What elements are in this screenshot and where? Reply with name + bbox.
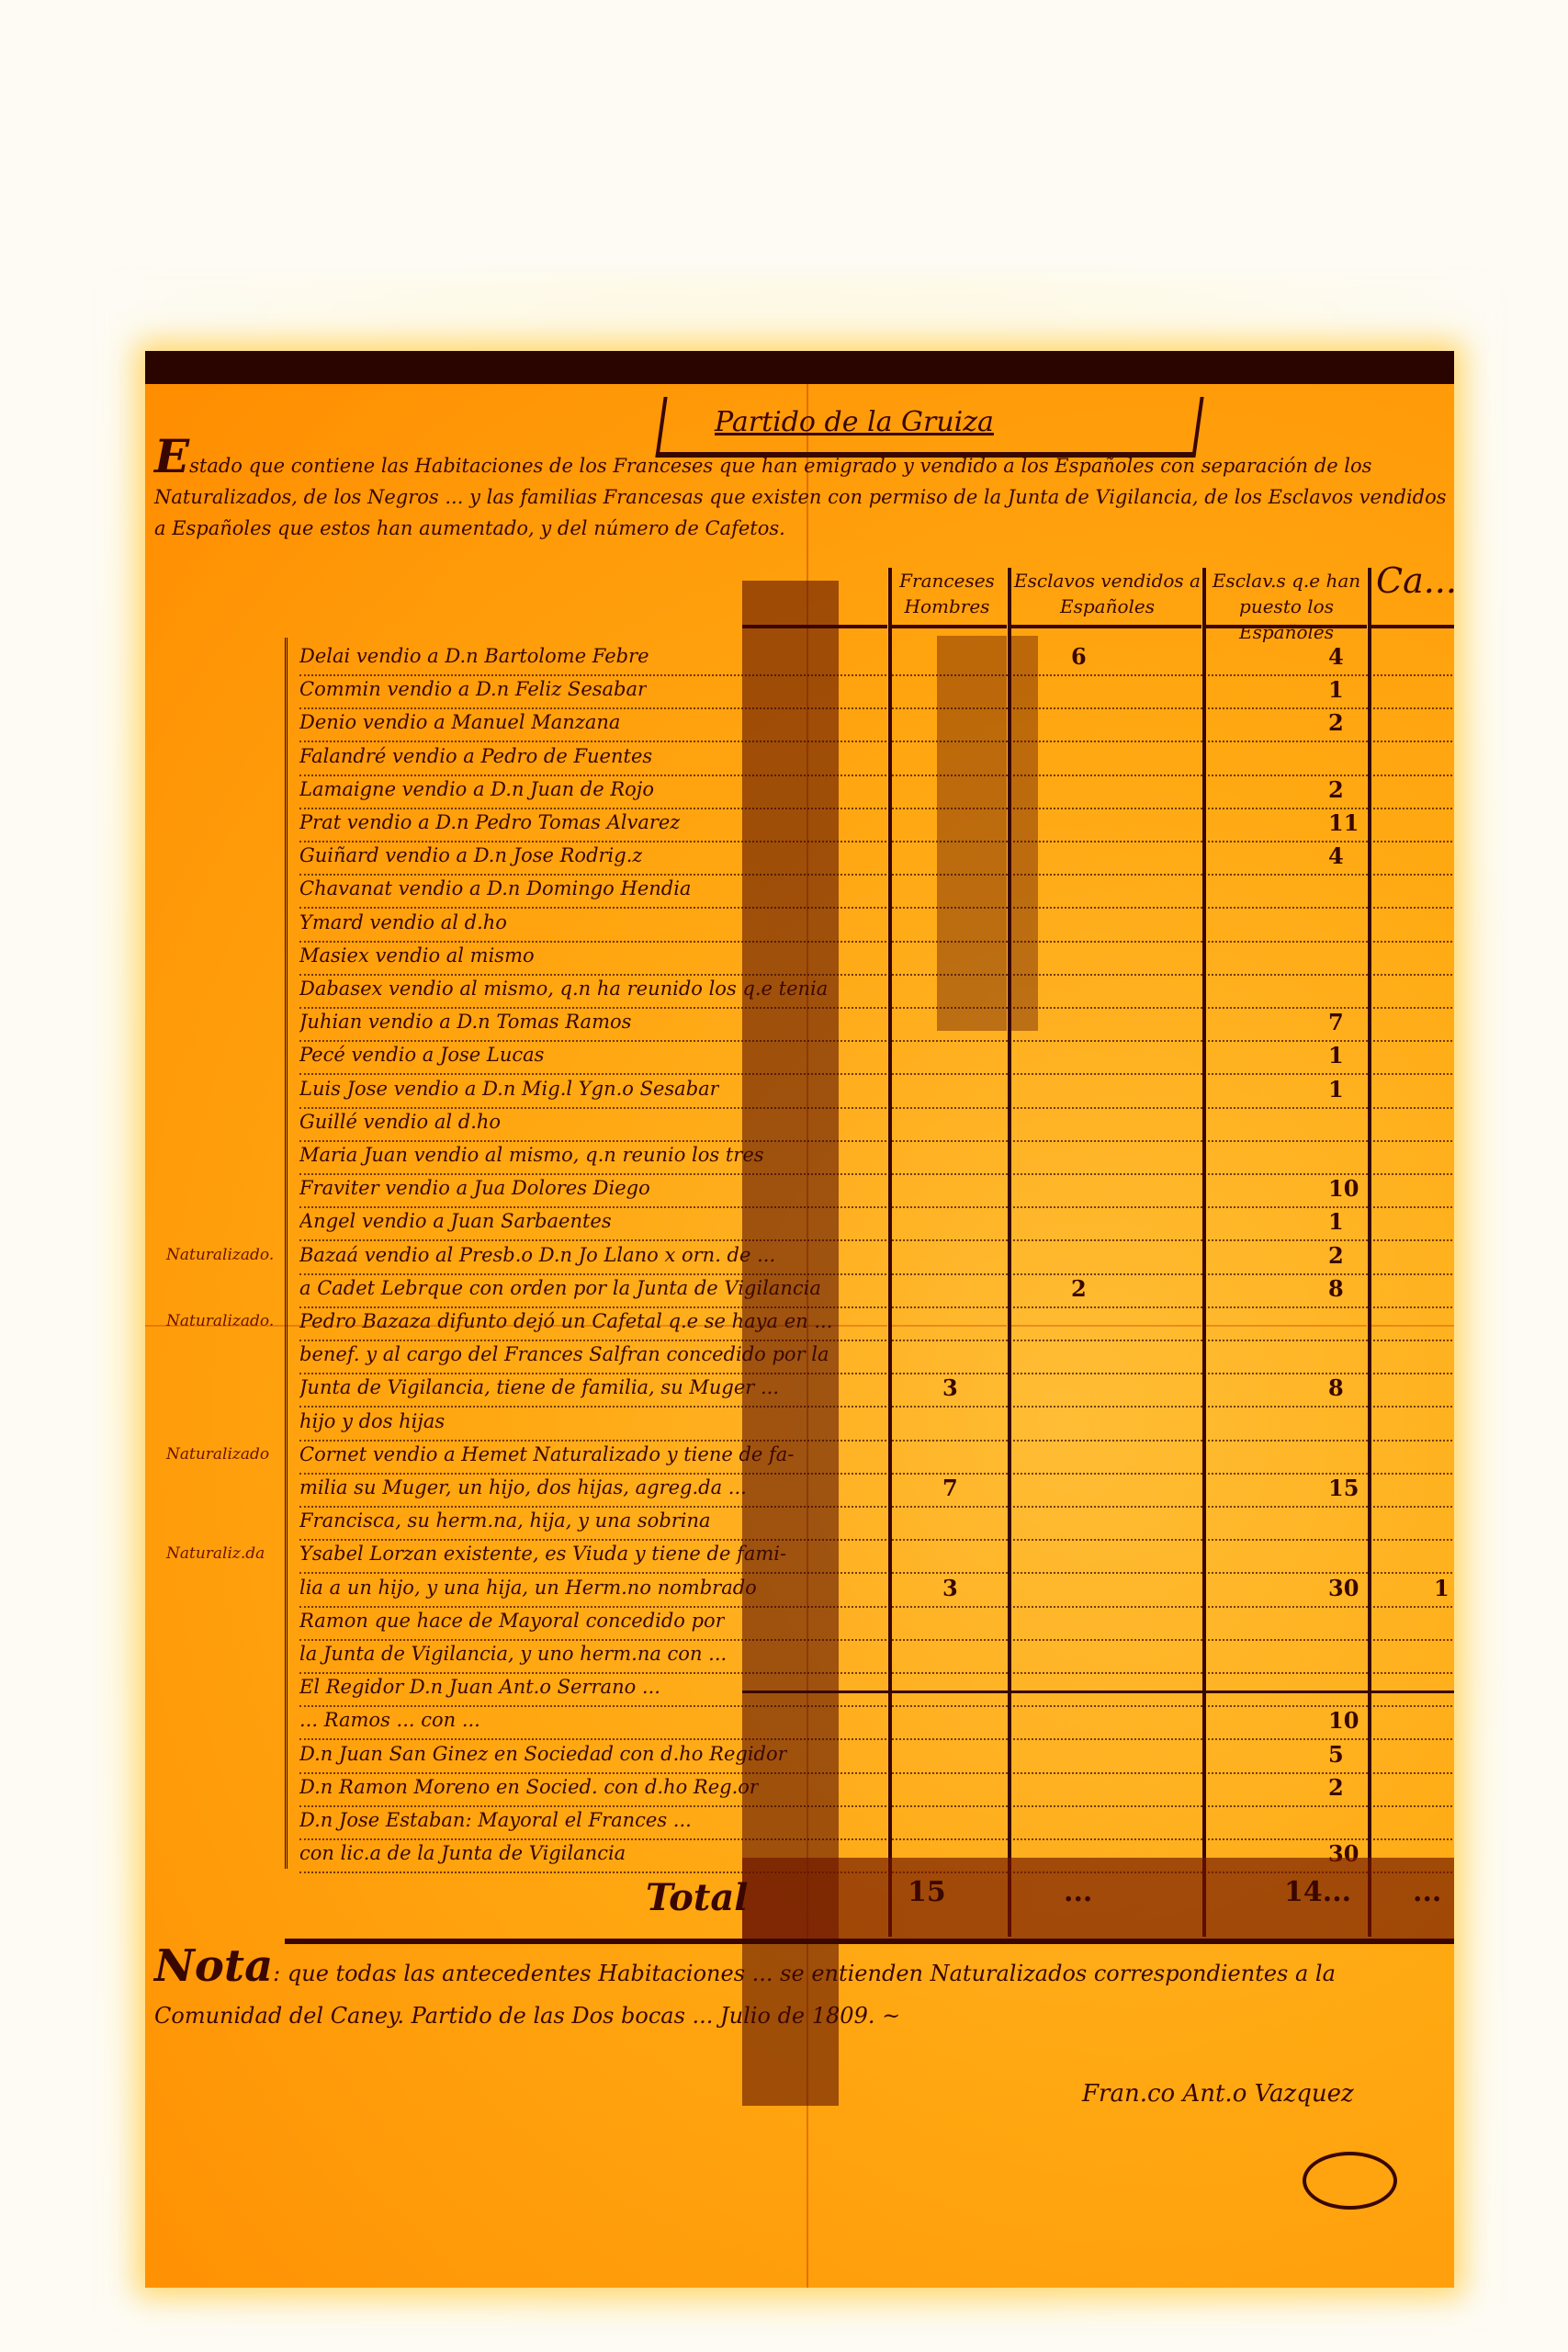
table-row: Guillé vendio al d.ho <box>299 1109 1452 1142</box>
row-description: benef. y al cargo del Frances Salfran co… <box>299 1343 829 1365</box>
cell-c3: 2 <box>1328 776 1344 803</box>
row-description: Delai vendio a D.n Bartolome Febre <box>299 645 649 667</box>
table-row: Junta de Vigilancia, tiene de familia, s… <box>299 1374 1452 1408</box>
row-description: Pedro Bazaza difunto dejó un Cafetal q.e… <box>299 1310 832 1332</box>
row-description: D.n Ramon Moreno en Socied. con d.ho Reg… <box>299 1776 759 1798</box>
table-row: Naturalizado.Pedro Bazaza difunto dejó u… <box>299 1308 1452 1341</box>
cell-c3: 2 <box>1328 709 1344 736</box>
row-description: lia a un hijo, y una hija, un Herm.no no… <box>299 1577 757 1599</box>
row-description: El Regidor D.n Juan Ant.o Serrano ... <box>299 1676 660 1698</box>
document-heading: Estado que contiene las Habitaciones de … <box>154 438 1450 544</box>
row-description: milia su Muger, un hijo, dos hijas, agre… <box>299 1476 747 1498</box>
naturalizado-margin-note: Naturaliz.da <box>166 1544 265 1563</box>
table-row: Angel vendio a Juan Sarbaentes1 <box>299 1208 1452 1241</box>
district-title: Partido de la Gruiza <box>715 406 994 438</box>
naturalizado-margin-note: Naturalizado. <box>166 1312 274 1330</box>
cell-c1: 3 <box>942 1575 958 1601</box>
row-description: la Junta de Vigilancia, y uno herm.na co… <box>299 1643 727 1665</box>
cell-c3: 10 <box>1328 1175 1359 1202</box>
table-row: Luis Jose vendio a D.n Mig.l Ygn.o Sesab… <box>299 1076 1452 1109</box>
row-description: Dabasex vendio al mismo, q.n ha reunido … <box>299 978 828 1000</box>
table-row: la Junta de Vigilancia, y uno herm.na co… <box>299 1641 1452 1674</box>
total-label: Total <box>646 1876 748 1919</box>
table-row: hijo y dos hijas <box>299 1408 1452 1442</box>
row-description: Masiex vendio al mismo <box>299 944 535 967</box>
row-description: Ymard vendio al d.ho <box>299 911 507 933</box>
column-header-esclavos-vendidos: Esclavos vendidos a Españoles <box>1013 568 1201 619</box>
top-dark-edge <box>145 351 1454 384</box>
signature: Fran.co Ant.o Vazquez <box>1082 2078 1354 2109</box>
row-description: ... Ramos ... con ... <box>299 1709 480 1731</box>
column-header-cafetos: Ca... <box>1376 568 1454 594</box>
manuscript-page: Partido de la Gruiza Estado que contiene… <box>145 351 1454 2288</box>
cell-c2: 6 <box>1071 643 1087 670</box>
cell-c3: 1 <box>1328 1076 1344 1102</box>
row-description: Falandré vendio a Pedro de Fuentes <box>299 745 652 767</box>
cell-c4: 1 <box>1434 1575 1450 1601</box>
header-rule <box>742 625 1454 628</box>
table-row: Delai vendio a D.n Bartolome Febre64 <box>299 643 1452 676</box>
table-row: Prat vendio a D.n Pedro Tomas Alvarez11 <box>299 809 1452 842</box>
row-description: Commin vendio a D.n Feliz Sesabar <box>299 678 647 700</box>
cell-c3: 1 <box>1328 1208 1344 1235</box>
cell-c3: 4 <box>1328 643 1344 670</box>
table-row: Masiex vendio al mismo <box>299 943 1452 976</box>
cell-c3: 8 <box>1328 1374 1344 1401</box>
cell-c3: 11 <box>1328 809 1359 836</box>
table-row: Naturaliz.daYsabel Lorzan existente, es … <box>299 1541 1452 1574</box>
row-description: hijo y dos hijas <box>299 1410 445 1432</box>
row-description: Guiñard vendio a D.n Jose Rodrig.z <box>299 844 642 866</box>
row-description: a Cadet Lebrque con orden por la Junta d… <box>299 1277 821 1299</box>
row-description: Chavanat vendio a D.n Domingo Hendia <box>299 877 691 899</box>
row-description: Fraviter vendio a Jua Dolores Diego <box>299 1177 650 1199</box>
row-description: Ysabel Lorzan existente, es Viuda y tien… <box>299 1543 786 1565</box>
row-description: Juhian vendio a D.n Tomas Ramos <box>299 1011 631 1033</box>
naturalizado-margin-note: Naturalizado <box>166 1445 269 1464</box>
cell-c3: 15 <box>1328 1475 1359 1501</box>
table-row: Pecé vendio a Jose Lucas1 <box>299 1042 1452 1075</box>
column-header-franceses: Franceses Hombres <box>887 568 1007 619</box>
table-row: benef. y al cargo del Frances Salfran co… <box>299 1341 1452 1374</box>
table-bottom-rule <box>285 1939 1454 1944</box>
note-paragraph: Nota: que todas las antecedentes Habitac… <box>154 1945 1450 2037</box>
table-row: NaturalizadoCornet vendio a Hemet Natura… <box>299 1442 1452 1475</box>
row-description: Bazaá vendio al Presb.o D.n Jo Llano x o… <box>299 1244 775 1266</box>
table-row: Falandré vendio a Pedro de Fuentes <box>299 743 1452 776</box>
table-row: Guiñard vendio a D.n Jose Rodrig.z4 <box>299 842 1452 876</box>
table-row: D.n Juan San Ginez en Sociedad con d.ho … <box>299 1741 1452 1774</box>
row-description: Ramon que hace de Mayoral concedido por <box>299 1610 725 1632</box>
table-row: ... Ramos ... con ...10 <box>299 1707 1452 1740</box>
note-text: : que todas las antecedentes Habitacione… <box>154 1961 1336 2029</box>
table-row: Dabasex vendio al mismo, q.n ha reunido … <box>299 976 1452 1009</box>
row-description: Junta de Vigilancia, tiene de familia, s… <box>299 1376 779 1398</box>
row-description: Francisca, su herm.na, hija, y una sobri… <box>299 1510 711 1532</box>
table-row: Commin vendio a D.n Feliz Sesabar1 <box>299 676 1452 709</box>
row-description: Angel vendio a Juan Sarbaentes <box>299 1210 612 1232</box>
table-row: Ramon que hace de Mayoral concedido por <box>299 1608 1452 1641</box>
total-esclavos-vendidos: ... <box>1064 1876 1092 1908</box>
cell-c1: 7 <box>942 1475 958 1501</box>
cell-c1: 3 <box>942 1374 958 1401</box>
table-row: Maria Juan vendio al mismo, q.n reunio l… <box>299 1142 1452 1175</box>
table-row: Naturalizado.Bazaá vendio al Presb.o D.n… <box>299 1242 1452 1275</box>
column-header-esclavos-puestos: Esclav.s q.e han puesto los Españoles <box>1206 568 1367 645</box>
naturalizado-margin-note: Naturalizado. <box>166 1246 274 1264</box>
note-label: Nota <box>154 1940 273 1992</box>
table-row: Chavanat vendio a D.n Domingo Hendia <box>299 876 1452 909</box>
row-description: Luis Jose vendio a D.n Mig.l Ygn.o Sesab… <box>299 1078 719 1100</box>
heading-text: stado que contiene las Habitaciones de l… <box>154 455 1447 539</box>
row-description: Pecé vendio a Jose Lucas <box>299 1044 544 1066</box>
table-row: Francisca, su herm.na, hija, y una sobri… <box>299 1508 1452 1541</box>
signature-rubric <box>1303 2152 1397 2210</box>
row-description: D.n Juan San Ginez en Sociedad con d.ho … <box>299 1743 787 1765</box>
table-row: a Cadet Lebrque con orden por la Junta d… <box>299 1275 1452 1308</box>
cell-c3: 1 <box>1328 676 1344 703</box>
table-row: D.n Ramon Moreno en Socied. con d.ho Reg… <box>299 1774 1452 1807</box>
table-row: Ymard vendio al d.ho <box>299 910 1452 943</box>
row-description: Lamaigne vendio a D.n Juan de Rojo <box>299 778 654 800</box>
cell-c3: 1 <box>1328 1042 1344 1069</box>
total-cafetos: ... <box>1413 1876 1441 1908</box>
row-description: con lic.a de la Junta de Vigilancia <box>299 1842 626 1864</box>
row-description: Maria Juan vendio al mismo, q.n reunio l… <box>299 1144 764 1166</box>
row-description: Cornet vendio a Hemet Naturalizado y tie… <box>299 1443 794 1465</box>
cell-c3: 7 <box>1328 1009 1344 1035</box>
row-description: Denio vendio a Manuel Manzana <box>299 711 620 733</box>
total-esclavos-puestos: 14... <box>1284 1876 1351 1908</box>
cell-c2: 2 <box>1071 1275 1087 1302</box>
heading-initial: E <box>154 429 189 483</box>
cell-c3: 4 <box>1328 842 1344 869</box>
row-description: Guillé vendio al d.ho <box>299 1111 501 1133</box>
cell-c3: 2 <box>1328 1774 1344 1801</box>
table-row: D.n Jose Estaban: Mayoral el Frances ... <box>299 1807 1452 1840</box>
table-row: Lamaigne vendio a D.n Juan de Rojo2 <box>299 776 1452 809</box>
table-row: Juhian vendio a D.n Tomas Ramos7 <box>299 1009 1452 1042</box>
cell-c3: 5 <box>1328 1741 1344 1768</box>
table-row: El Regidor D.n Juan Ant.o Serrano ... <box>299 1674 1452 1707</box>
row-description: D.n Jose Estaban: Mayoral el Frances ... <box>299 1809 692 1831</box>
total-franceses: 15 <box>908 1876 946 1908</box>
cell-c3: 30 <box>1328 1575 1359 1601</box>
cell-c3: 8 <box>1328 1275 1344 1302</box>
table-row: milia su Muger, un hijo, dos hijas, agre… <box>299 1475 1452 1508</box>
table-row: lia a un hijo, y una hija, un Herm.no no… <box>299 1575 1452 1608</box>
table-row: Denio vendio a Manuel Manzana2 <box>299 709 1452 742</box>
cell-c3: 2 <box>1328 1242 1344 1269</box>
cell-c3: 10 <box>1328 1707 1359 1734</box>
row-description: Prat vendio a D.n Pedro Tomas Alvarez <box>299 811 680 833</box>
table-row: Fraviter vendio a Jua Dolores Diego10 <box>299 1175 1452 1208</box>
